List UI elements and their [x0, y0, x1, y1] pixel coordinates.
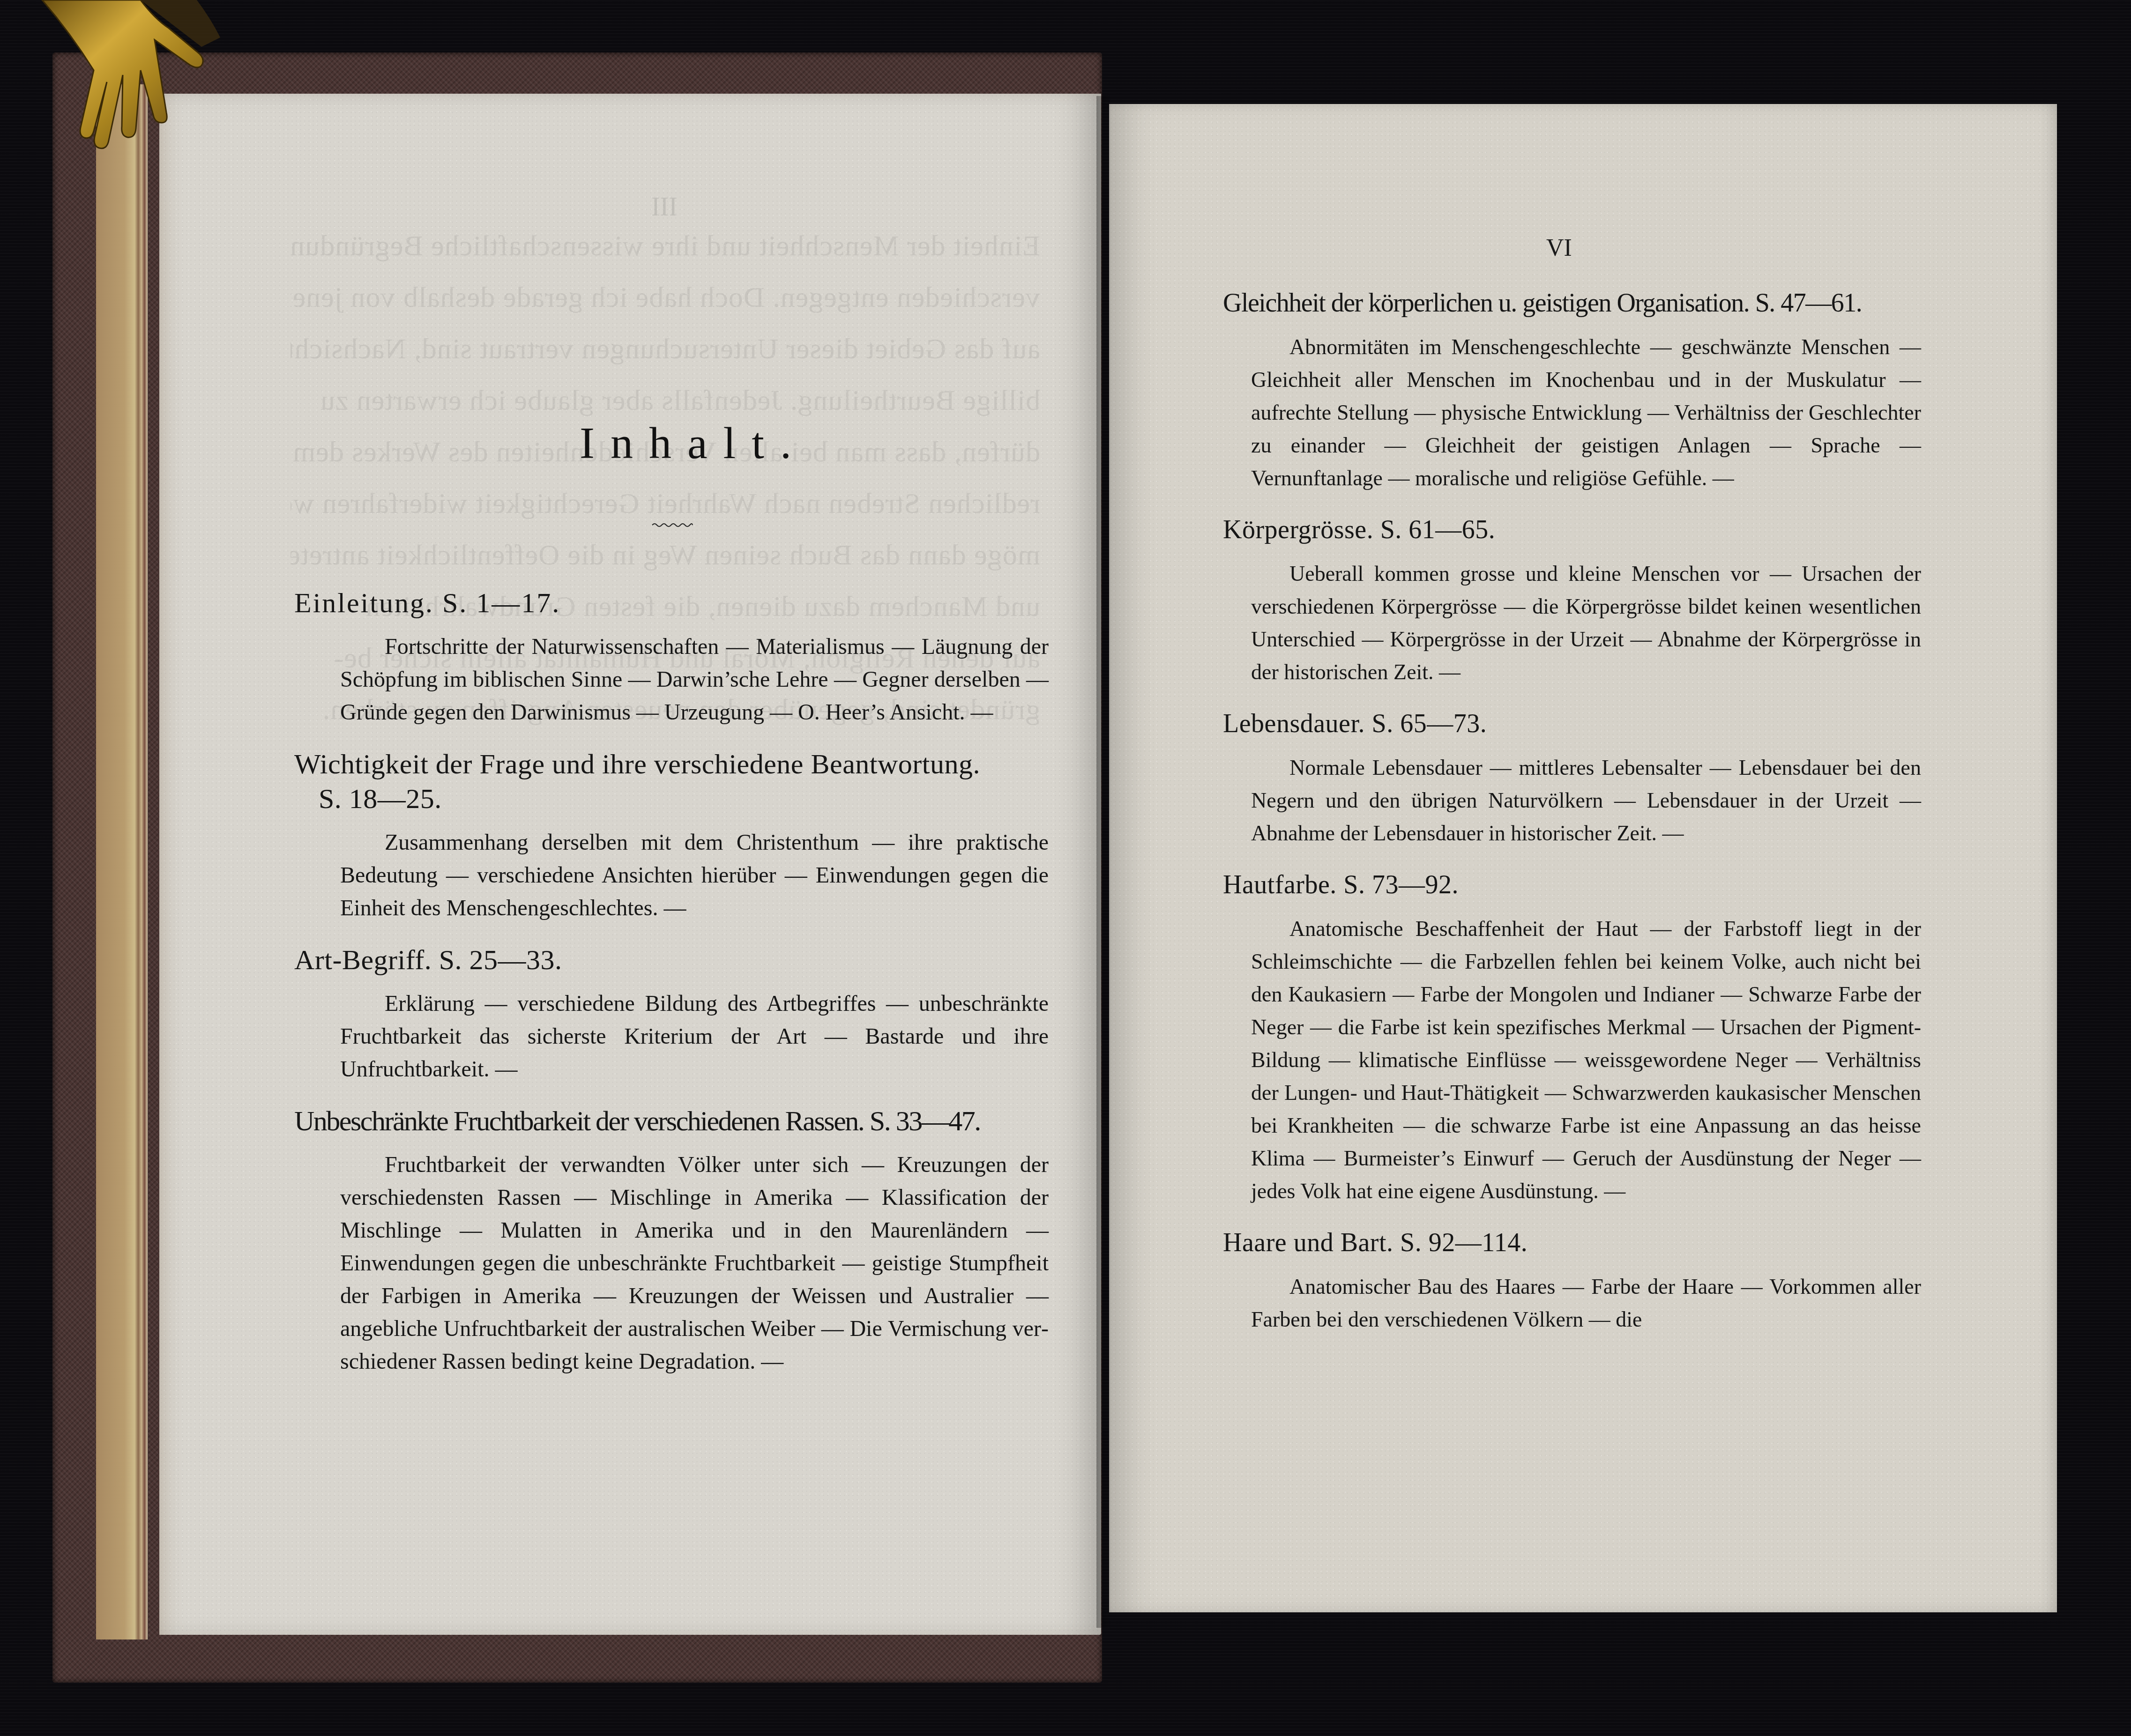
toc-entry: Haare und Bart. S. 92—114. Anatomischer …: [1223, 1225, 1921, 1336]
toc-entry-summary: Normale Lebensdauer — mittleres Lebensal…: [1223, 751, 1921, 850]
bleed-through-page-number: III: [651, 192, 678, 222]
toc-entry-heading: Einleitung. S. 1—17.: [294, 586, 1049, 620]
toc-entry-heading-line1: Wichtigkeit der Frage und ihre verschied…: [294, 749, 980, 779]
toc-entry-summary: Ueberall kommen grosse und kleine Mensch…: [1223, 557, 1921, 689]
swung-dash-ornament: [651, 522, 693, 528]
toc-entry-summary: Anatomischer Bau des Haares — Farbe der …: [1223, 1270, 1921, 1336]
toc-entry: Hautfarbe. S. 73—92. Anatomische Beschaf…: [1223, 868, 1921, 1208]
toc-entry: Unbeschränkte Fruchtbarkeit der verschie…: [294, 1104, 1049, 1378]
toc-entry: Körpergrösse. S. 61—65. Ueberall kommen …: [1223, 512, 1921, 689]
toc-entry-heading: Wichtigkeit der Frage und ihre verschied…: [294, 747, 1049, 816]
toc-entry-heading: Gleichheit der körperlichen u. geistigen…: [1223, 286, 1921, 320]
toc-entry-summary: Erklärung — verschiedene Bildung des Art…: [294, 987, 1049, 1086]
gilt-page-edges: [96, 84, 148, 1640]
toc-entry-heading: Art-Begriff. S. 25—33.: [294, 942, 1049, 977]
toc-entry-summary: Zusammenhang derselben mit dem Christent…: [294, 826, 1049, 925]
toc-entry-summary: Fruchtbarkeit der verwandten Völker unte…: [294, 1149, 1049, 1378]
toc-entry: Gleichheit der körperlichen u. geistigen…: [1223, 286, 1921, 495]
page-title: Inhalt.: [562, 417, 825, 469]
toc-entry-heading: Hautfarbe. S. 73—92.: [1223, 868, 1921, 902]
brass-hand-clip-icon: [0, 0, 262, 178]
bleed-line: verschieden entgegen. Doch habe ich gera…: [291, 272, 1040, 323]
toc-right-column: Gleichheit der körperlichen u. geistigen…: [1223, 286, 1921, 1354]
toc-entry-summary: Anatomische Beschaffenheit der Haut — de…: [1223, 913, 1921, 1208]
toc-entry-heading-pages: S. 18—25.: [294, 781, 1049, 816]
bleed-line: auf das Gebiet dieser Untersuchungen ver…: [291, 323, 1040, 375]
toc-entry-heading: Körpergrösse. S. 61—65.: [1223, 512, 1921, 547]
toc-entry-summary: Abnormitäten im Menschengeschlechte — ge…: [1223, 331, 1921, 495]
page-number: VI: [1546, 234, 1572, 262]
toc-entry: Lebensdauer. S. 65—73. Normale Lebensdau…: [1223, 706, 1921, 850]
toc-entry-summary: Fortschritte der Naturwissenschaften — M…: [294, 631, 1049, 729]
book-gutter: [1096, 96, 1110, 1628]
toc-entry-heading: Haare und Bart. S. 92—114.: [1223, 1225, 1921, 1260]
bleed-line: möge dann das Buch seinen Weg in die Oef…: [291, 529, 1040, 581]
bleed-line: Einheit der Menschheit und ihre wissensc…: [291, 220, 1040, 272]
toc-entry: Wichtigkeit der Frage und ihre verschied…: [294, 747, 1049, 925]
toc-left-column: Einleitung. S. 1—17. Fortschritte der Na…: [294, 586, 1049, 1396]
bleed-line: redlichen Streben nach Wahrheit Gerechti…: [291, 478, 1040, 529]
toc-entry: Art-Begriff. S. 25—33. Erklärung — versc…: [294, 942, 1049, 1086]
toc-entry-heading: Unbeschränkte Fruchtbarkeit der verschie…: [294, 1104, 1049, 1138]
toc-entry: Einleitung. S. 1—17. Fortschritte der Na…: [294, 586, 1049, 729]
toc-entry-heading: Lebensdauer. S. 65—73.: [1223, 706, 1921, 741]
